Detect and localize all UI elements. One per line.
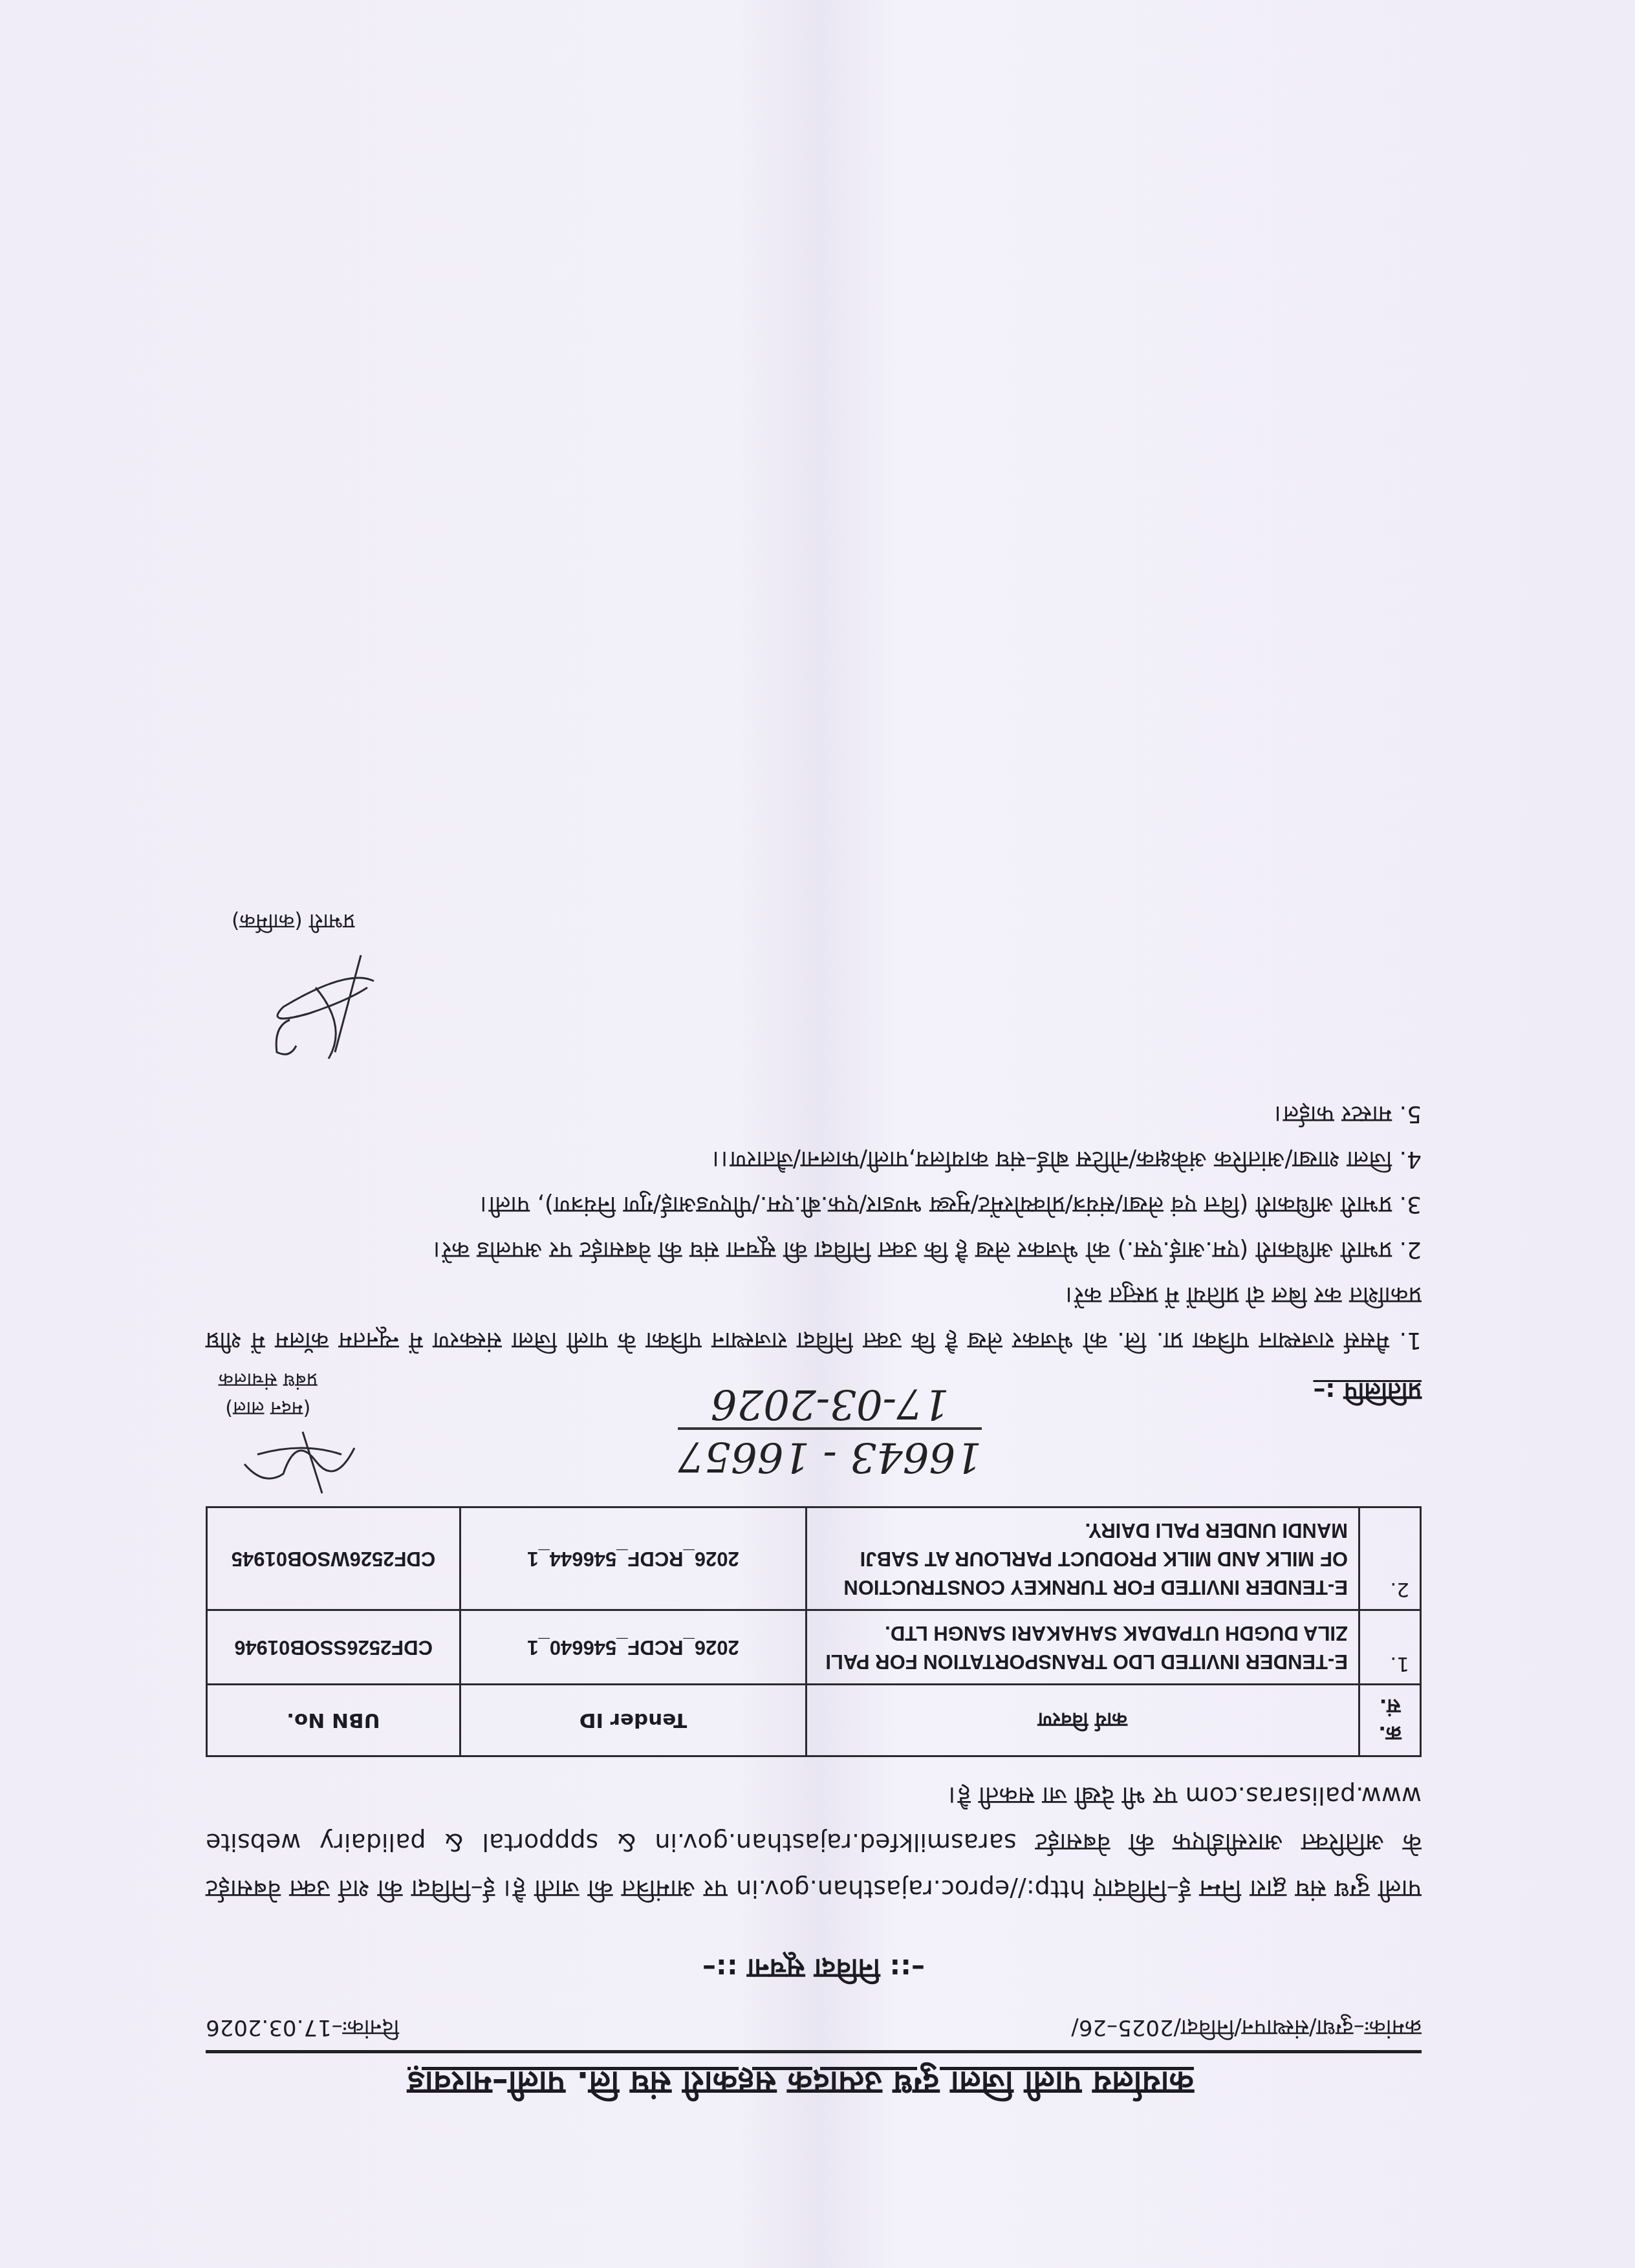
signature-icon bbox=[264, 949, 387, 1065]
header-divider bbox=[206, 2050, 1422, 2053]
signatory-1-name: (मदन लाल) bbox=[219, 1394, 318, 1422]
signatory-2-designation: प्रभारी (कार्मिक) bbox=[232, 908, 354, 936]
personnel-signature-block: प्रभारी (कार्मिक) bbox=[206, 871, 1422, 1091]
signatory-1: (मदन लाल) प्रबंध संचालक bbox=[219, 1365, 318, 1422]
office-header-title: कार्यालय पाली जिला दुग्ध उत्पादक सहकारी … bbox=[206, 2062, 1396, 2106]
copy-list-item: 4. जिला शाखा/आंतरिक अंकेक्षक/नोटिस बोर्ड… bbox=[206, 1136, 1422, 1182]
row-sno: 2. bbox=[1359, 1507, 1421, 1610]
col-ubn: UBN No. bbox=[207, 1685, 460, 1756]
row-tender-id: 2026_RCDF_546640_1 bbox=[460, 1610, 807, 1685]
reference-number: क्रमांकः–दुग्धा/संस्थापन/निविदा/2025–26/ bbox=[1071, 2014, 1422, 2044]
row-description: E-TENDER INVITED LDO TRANSPORTATION FOR … bbox=[807, 1610, 1359, 1685]
tender-table: क्र. सं. कार्य विवरण Tender ID UBN No. 1… bbox=[206, 1506, 1422, 1757]
managing-director-signature-block: (मदन लाल) प्रबंध संचालक 16643 - 16657 17… bbox=[206, 1312, 1422, 1506]
notice-title: –:: निविदा सूचना ::– bbox=[206, 1951, 1422, 1988]
row-sno: 1. bbox=[1359, 1610, 1421, 1685]
col-sno: क्र. सं. bbox=[1359, 1685, 1421, 1756]
scanned-document-page: कार्यालय पाली जिला दुग्ध उत्पादक सहकारी … bbox=[0, 0, 1635, 2268]
handwritten-dispatch-number: 16643 - 16657 bbox=[678, 1427, 982, 1480]
document-date: दिनांकः–17.03.2026 bbox=[206, 2014, 399, 2044]
table-header-row: क्र. सं. कार्य विवरण Tender ID UBN No. bbox=[207, 1685, 1421, 1756]
handwritten-dispatch-date: 17-03-2026 bbox=[678, 1379, 982, 1427]
row-tender-id: 2026_RCDF_546644_1 bbox=[460, 1507, 807, 1610]
copy-list-item: 2. प्रभारी अधिकारी (एम.आई.एस.) को भेजकर … bbox=[206, 1227, 1422, 1272]
notice-body-paragraph: पाली दुग्ध संघ द्वारा निम्न ई–निविदाएं h… bbox=[206, 1773, 1422, 1912]
table-row: 1. E-TENDER INVITED LDO TRANSPORTATION F… bbox=[207, 1610, 1421, 1685]
signatory-1-designation: प्रबंध संचालक bbox=[219, 1365, 318, 1394]
copy-list-item: 5. मास्टर फाईल। bbox=[206, 1091, 1422, 1136]
handwritten-dispatch: 16643 - 16657 17-03-2026 bbox=[678, 1379, 982, 1480]
row-ubn: CDF2526WSOB01945 bbox=[207, 1507, 460, 1610]
document-content: कार्यालय पाली जिला दुग्ध उत्पादक सहकारी … bbox=[206, 871, 1422, 2106]
col-tender-id: Tender ID bbox=[460, 1685, 807, 1756]
copy-list-item: 3. प्रभारी अधिकारी (वित्त एवं लेखा/संयंत… bbox=[206, 1182, 1422, 1227]
reference-line: क्रमांकः–दुग्धा/संस्थापन/निविदा/2025–26/… bbox=[206, 2014, 1422, 2044]
table-row: 2. E-TENDER INVITED FOR TURNKEY CONSTRUC… bbox=[207, 1507, 1421, 1610]
row-description: E-TENDER INVITED FOR TURNKEY CONSTRUCTIO… bbox=[807, 1507, 1359, 1610]
signature-icon bbox=[232, 1429, 361, 1500]
row-ubn: CDF2526SSOB01946 bbox=[207, 1610, 460, 1685]
col-description: कार्य विवरण bbox=[807, 1685, 1359, 1756]
